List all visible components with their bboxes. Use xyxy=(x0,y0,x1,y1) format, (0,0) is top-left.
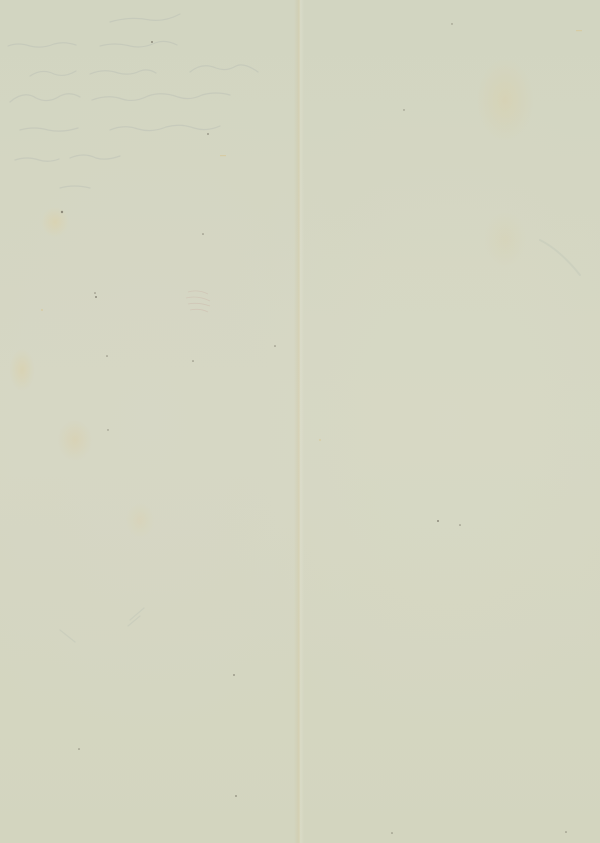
paper-page xyxy=(0,0,600,843)
center-fold-crease xyxy=(294,0,304,843)
